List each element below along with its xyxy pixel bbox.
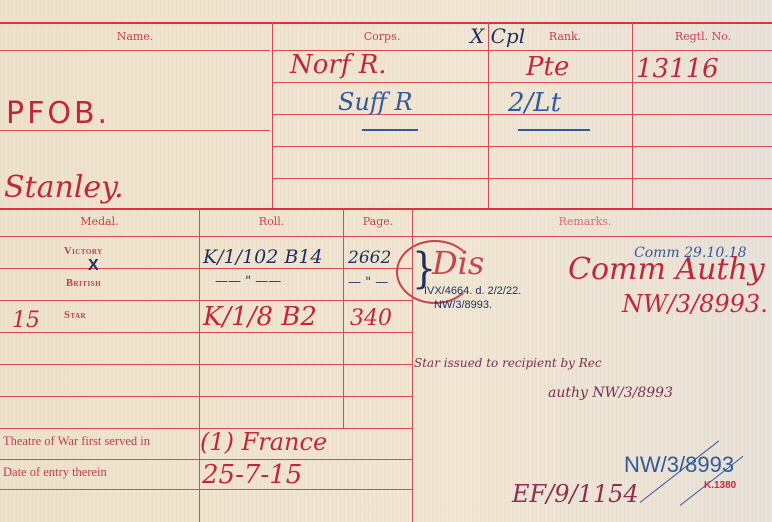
remarks-ref-line2: NW/3/8993. [434,299,492,311]
rule [272,146,772,147]
page-victory: 2662 [348,248,391,268]
rule [272,178,772,179]
remarks-ef-ref: EF/9/1154 [512,480,639,508]
rule [0,332,412,333]
entry-date-label: Date of entry therein [3,465,107,480]
roll-british: —— " —— [215,274,281,289]
rule [0,236,412,237]
roll-star: K/1/8 B2 [203,302,317,332]
rule [0,364,412,365]
remarks-issued-line2: authy NW/3/8993 [548,385,673,401]
col-divider [343,208,344,428]
medal-star: Star [64,310,86,321]
col-divider [632,22,633,208]
rule [0,396,412,397]
corps-amended: Suff R [338,88,413,116]
rule-top [0,22,772,24]
rank-amended: 2/Lt [508,88,561,118]
header-corps: Corps. [272,30,492,43]
col-divider [272,22,273,208]
theatre-label: Theatre of War first served in [3,434,150,449]
rule [412,236,772,237]
remarks-issued-line1: Star issued to recipient by Rec [414,356,602,370]
rule-mid [0,208,772,210]
underline [362,129,418,131]
remarks-dis: Dis [432,244,484,282]
corps-original: Norf R. [290,50,387,80]
header-regtl-no: Regtl. No. [634,30,772,43]
rank-correction: X Cpl [470,24,525,48]
medal-victory: Victory [64,246,103,257]
rule [0,50,270,51]
remarks-comm-authy: Comm Authy [568,252,765,287]
col-divider [199,208,200,522]
medal-index-card: Name. Corps. Rank. Regtl. No. Medal. Rol… [0,0,772,522]
surname: PFOB. [6,96,110,131]
regtl-no-value: 13116 [636,54,719,84]
stamp-number: K.1380 [704,480,736,491]
page-star: 340 [350,306,392,331]
entry-date-value: 25-7-15 [202,460,302,490]
forename: Stanley. [4,170,124,205]
medal-star-prefix: 15 [12,308,40,333]
theatre-value: (1) France [200,428,327,456]
header-roll: Roll. [200,215,343,228]
header-medal: Medal. [0,215,199,228]
remarks-ref-line1: IVX/4664. d. 2/2/22. [424,285,521,297]
medal-mark: X [88,257,99,275]
rank-original: Pte [526,52,569,82]
header-page: Page. [344,215,412,228]
remarks-comm-ref: NW/3/8993. [622,290,768,318]
header-name: Name. [0,30,270,43]
header-rank: Rank. [520,30,610,43]
rule [0,300,412,301]
rule [0,268,412,269]
medal-british: British [66,278,101,289]
header-remarks: Remarks. [540,215,630,228]
page-british: — " — [348,275,388,290]
roll-victory: K/1/102 B14 [203,246,323,268]
col-divider [488,22,489,208]
underline [518,129,590,131]
